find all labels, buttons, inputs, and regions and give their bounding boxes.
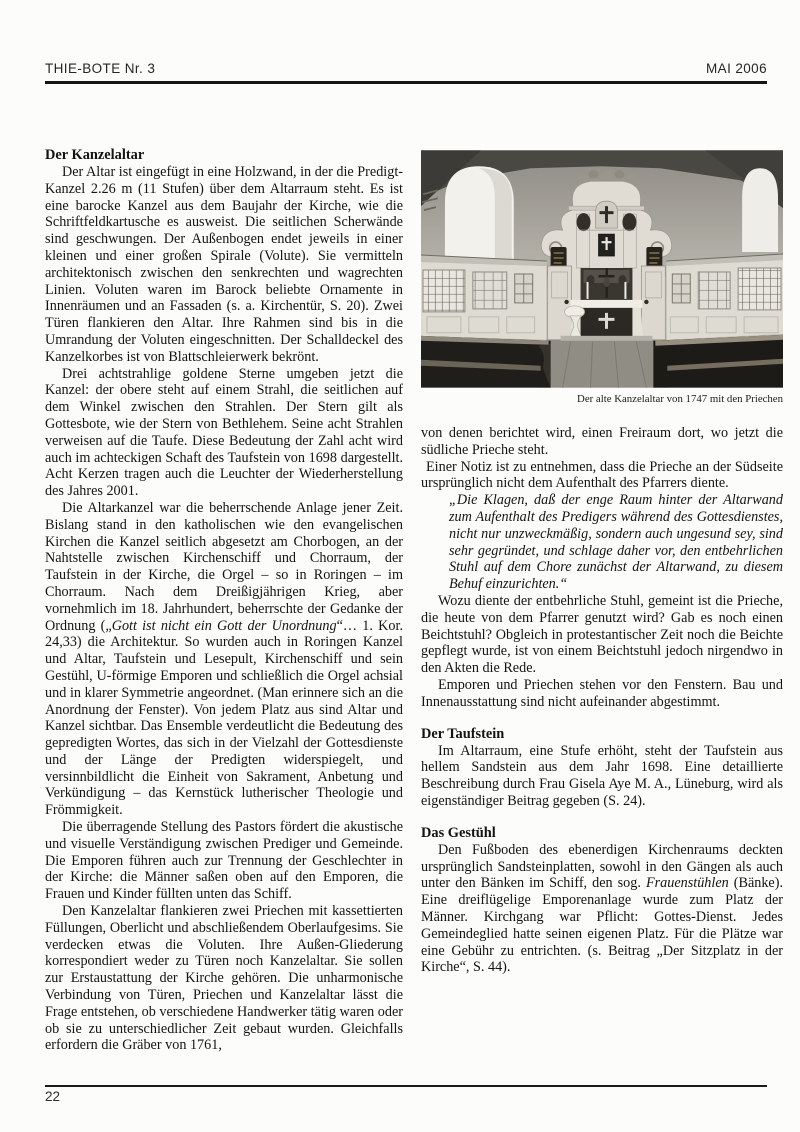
magazine-page: THIE-BOTE Nr. 3 MAI 2006 Der Kanzelaltar… bbox=[0, 0, 800, 1132]
gestuehl-paragraph: Den Fußboden des ebenerdigen Kirchenraum… bbox=[421, 842, 783, 976]
continuation-paragraph: von denen berichtet wird, einen Freiraum… bbox=[421, 425, 783, 459]
bible-quote-italic: Gott ist nicht ein Gott der Unordnung bbox=[112, 618, 337, 634]
kanzelaltar-paragraph-3: Die Altarkanzel war die beherrschende An… bbox=[45, 500, 403, 819]
left-column: Der Kanzelaltar Der Altar ist eingefügt … bbox=[45, 147, 403, 1054]
section-heading-taufstein: Der Taufstein bbox=[421, 726, 783, 743]
page-number: 22 bbox=[45, 1089, 60, 1104]
frauenstuehlen-italic: Frauenstühlen bbox=[646, 875, 729, 891]
kanzelaltar-paragraph-4: Die überragende Stellung des Pastors för… bbox=[45, 819, 403, 903]
kanzelaltar-paragraph-5: Den Kanzelaltar flankieren zwei Priechen… bbox=[45, 903, 403, 1054]
footer-rule bbox=[45, 1085, 767, 1087]
archival-quote: „Die Klagen, daß der enge Raum hinter de… bbox=[449, 492, 783, 593]
notiz-paragraph: Einer Notiz ist zu entnehmen, dass die P… bbox=[421, 459, 783, 493]
right-column: Der alte Kanzelaltar von 1747 mit den Pr… bbox=[421, 150, 783, 976]
taufstein-paragraph: Im Altarraum, eine Stufe erhöht, steht d… bbox=[421, 743, 783, 810]
section-heading-kanzelaltar: Der Kanzelaltar bbox=[45, 147, 403, 164]
page-header: THIE-BOTE Nr. 3 MAI 2006 bbox=[45, 61, 767, 76]
window-left bbox=[445, 166, 514, 264]
photo-caption: Der alte Kanzelaltar von 1747 mit den Pr… bbox=[421, 393, 783, 406]
header-issue-date: MAI 2006 bbox=[706, 61, 767, 76]
window-right bbox=[742, 168, 778, 252]
church-interior-photo bbox=[421, 150, 783, 388]
prieche-left bbox=[421, 255, 547, 340]
paragraph-text: Die Altarkanzel war die beherrschende An… bbox=[45, 500, 403, 634]
header-journal-title: THIE-BOTE Nr. 3 bbox=[45, 61, 155, 76]
prieche-right bbox=[666, 254, 783, 340]
kanzelaltar-paragraph-1: Der Altar ist eingefügt in eine Holzwand… bbox=[45, 164, 403, 366]
kanzelaltar-paragraph-2: Drei achtstrahlige goldene Sterne umgebe… bbox=[45, 366, 403, 500]
paragraph-text: “… 1. Kor. 24,33) die Architektur. So wu… bbox=[45, 618, 403, 819]
header-rule bbox=[45, 81, 767, 84]
section-heading-gestuehl: Das Gestühl bbox=[421, 825, 783, 842]
stuhl-paragraph: Wozu diente der entbehrliche Stuhl, geme… bbox=[421, 593, 783, 677]
floor-aisle bbox=[537, 336, 669, 388]
emporen-paragraph: Emporen und Priechen stehen vor den Fens… bbox=[421, 677, 783, 711]
